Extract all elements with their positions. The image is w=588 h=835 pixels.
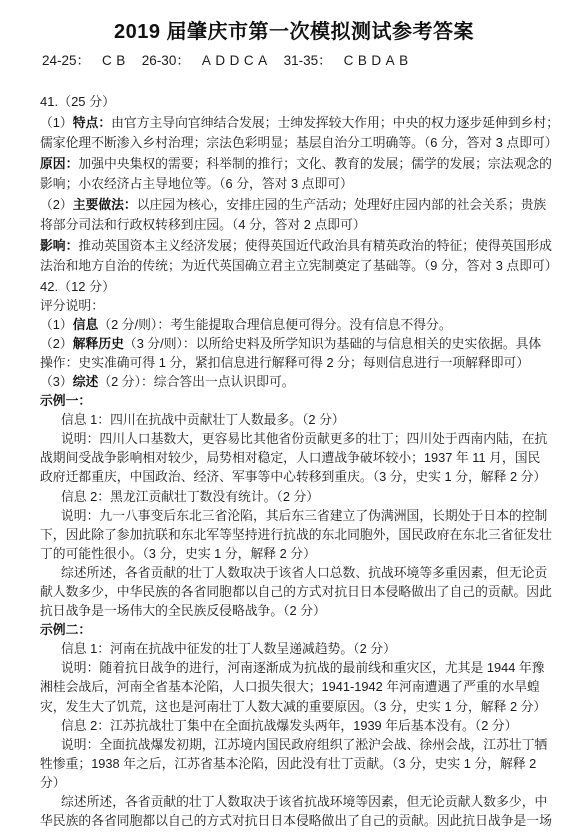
text-segment: 综述	[73, 374, 99, 389]
text-segment: 丁的可能性很小。（3 分，史实 1 分，解释 2 分）	[40, 546, 316, 561]
text-line: 献人数多少，中华民族的各省同胞都以自己的方式对抗日日本侵略做出了自己的贡献。因此	[40, 582, 548, 601]
text-segment: 由官方主导向官绅结合发展；士绅发挥较大作用；中央的权力逐步延伸到乡村；	[111, 115, 559, 130]
answer-group: 26-30：ADDCA	[142, 52, 272, 69]
text-segment: 信息	[73, 317, 99, 332]
text-line: 综述所述，各省贡献的壮丁人数取决于该省人口总数、抗战环境等多重因素，但无论贡	[40, 563, 548, 582]
text-line: 下，因此除了参加抗联和东北军等坚持进行抗战的东北同胞外，国民政府在东北三省征发壮	[40, 525, 548, 544]
text-segment: 政府迁都重庆，中国政治、经济、军事等中心转移到重庆。（3 分，史实 1 分，解释…	[40, 469, 546, 484]
text-segment: 信息 1：四川在抗战中贡献壮丁人数最多。（2 分）	[61, 412, 345, 427]
text-line: （1）特点：由官方主导向官绅结合发展；士绅发挥较大作用；中央的权力逐步延伸到乡村…	[40, 113, 548, 134]
text-line: 评分说明：	[40, 296, 548, 315]
text-segment: 影响；小农经济占主导地位等。（6 分，答对 3 点即可）	[40, 176, 353, 191]
text-line: 将部分司法和行政权转移到庄园。（4 分，答对 2 点即可）	[40, 215, 548, 236]
text-segment: 说明：随着抗日战争的进行，河南逐渐成为抗战的最前线和重灾区，尤其是 1944 年…	[61, 660, 544, 675]
text-line: （1）信息（2 分/则）：考生能提取合理信息便可得分。没有信息不得分。	[40, 315, 548, 334]
text-segment: 献人数多少，中华民族的各省同胞都以自己的方式对抗日日本侵略做出了自己的贡献。因此	[40, 584, 552, 599]
text-segment: 说明：全面抗战爆发初期，江苏境内国民政府组织了淞沪会战、徐州会战，江苏壮丁牺	[61, 737, 547, 752]
text-segment: 特点：	[73, 115, 111, 130]
answer-range: 26-30：	[142, 53, 190, 68]
sections-container: 41.（25 分）（1）特点：由官方主导向官绅结合发展；士绅发挥较大作用；中央的…	[40, 92, 548, 830]
text-line: 丁的可能性很小。（3 分，史实 1 分，解释 2 分）	[40, 544, 548, 563]
text-line: 抗日战争是一场伟大的全民族反侵略战争。（2 分）	[40, 601, 548, 620]
text-line: 儒家伦理不断渗入乡村治理；宗法色彩明显；基层自治分工明确等。（6 分，答对 3 …	[40, 133, 548, 154]
section-heading: 41.（25 分）	[40, 92, 548, 113]
text-segment: 综述所述，各省贡献的壮丁人数取决于该省人口总数、抗战环境等多重因素，但无论贡	[61, 565, 547, 580]
section-q42: 42.（12 分）评分说明：（1）信息（2 分/则）：考生能提取合理信息便可得分…	[40, 277, 548, 831]
text-line: 信息 1：四川在抗战中贡献壮丁人数最多。（2 分）	[40, 410, 548, 429]
text-segment: （1）	[40, 317, 73, 332]
text-segment: 示例一：	[40, 393, 91, 408]
text-segment: 操作：史实准确可得 1 分，紧扣信息进行解释可得 2 分；每则信息进行一项解释即…	[40, 355, 529, 370]
text-segment: 信息 1：河南在抗战中征发的壮丁人数呈递减趋势。（2 分）	[61, 641, 396, 656]
text-segment: 说明：四川人口基数大，更容易比其他省份贡献更多的壮丁；四川处于西南内陆，在抗	[61, 431, 547, 446]
text-line: 说明：全面抗战爆发初期，江苏境内国民政府组织了淞沪会战、徐州会战，江苏壮丁牺	[40, 735, 548, 754]
answer-sheet-page: 2019 届肇庆市第一次模拟测试参考答案 24-25：CB26-30：ADDCA…	[0, 0, 588, 835]
text-segment: 原因：	[40, 156, 78, 171]
text-segment: 儒家伦理不断渗入乡村治理；宗法色彩明显；基层自治分工明确等。（6 分，答对 3 …	[40, 135, 558, 150]
text-segment: 抗日战争是一场伟大的全民族反侵略战争。（2 分）	[40, 603, 326, 618]
text-segment: （1）	[40, 115, 73, 130]
text-segment: 下，因此除了参加抗联和东北军等坚持进行抗战的东北同胞外，国民政府在东北三省征发壮	[40, 527, 552, 542]
text-line: 信息 2：江苏抗战壮丁集中在全面抗战爆发头两年，1939 年后基本没有。（2 分…	[40, 716, 548, 735]
text-segment: 战期间受战争影响相对较少，局势相对稳定，人口遭战争破坏较小；1937 年 11 …	[40, 450, 540, 465]
section-heading: 42.（12 分）	[40, 277, 548, 296]
answer-key-row: 24-25：CB26-30：ADDCA31-35：CBDAB	[42, 52, 548, 69]
answer-range: 24-25：	[42, 53, 90, 68]
text-segment: 解释历史	[73, 336, 124, 351]
text-segment: （2）	[40, 197, 73, 212]
text-line: 原因：加强中央集权的需要；科举制的推行；文化、教育的发展；儒学的发展；宗法观念的	[40, 154, 548, 175]
answer-letters: CBDAB	[344, 53, 413, 68]
text-segment: 将部分司法和行政权转移到庄园。（4 分，答对 2 点即可）	[40, 217, 366, 232]
answer-letters: CB	[102, 53, 130, 68]
text-segment: 主要做法：	[73, 197, 137, 212]
text-line: （3）综述（2 分）：综合答出一点认识即可。	[40, 372, 548, 391]
text-line: 分）	[40, 773, 548, 792]
text-segment: 影响：	[40, 238, 78, 253]
text-line: 示例一：	[40, 391, 548, 410]
text-segment: （3 分/则）：以所给史料及所学知识为基础的与信息相关的史实依据。具体	[124, 336, 541, 351]
text-segment: 推动英国资本主义经济发展；使得英国近代政治具有精英政治的特征；使得英国形成	[78, 238, 551, 253]
text-segment: 牲惨重；1938 年之后，江苏省基本沦陷，因此没有壮丁贡献。（3 分，史实 1 …	[40, 756, 536, 771]
text-segment: 湘桂会战后，河南全省基本沦陷，人口损失很大；1941-1942 年河南遭遇了严重…	[40, 679, 540, 694]
text-line: 操作：史实准确可得 1 分，紧扣信息进行解释可得 2 分；每则信息进行一项解释即…	[40, 353, 548, 372]
text-line: 示例二：	[40, 620, 548, 639]
text-segment: 说明：九一八事变后东北三省沦陷，其后东三省建立了伪满洲国，长期处于日本的控制	[61, 508, 547, 523]
text-line: 信息 2：黑龙江贡献壮丁数没有统计。（2 分）	[40, 487, 548, 506]
text-line: 华民族的各省同胞都以自己的方式对抗日日本侵略做出了自己的贡献。因此抗日战争是一场	[40, 811, 548, 830]
text-line: 战期间受战争影响相对较少，局势相对稳定，人口遭战争破坏较小；1937 年 11 …	[40, 448, 548, 467]
page-title: 2019 届肇庆市第一次模拟测试参考答案	[40, 15, 548, 44]
text-segment: 华民族的各省同胞都以自己的方式对抗日日本侵略做出了自己的贡献。因此抗日战争是一场	[40, 813, 552, 828]
text-segment: 分）	[40, 775, 66, 790]
text-segment: （2 分/则）：考生能提取合理信息便可得分。没有信息不得分。	[98, 317, 451, 332]
text-line: 说明：四川人口基数大，更容易比其他省份贡献更多的壮丁；四川处于西南内陆，在抗	[40, 429, 548, 448]
text-segment: 信息 2：江苏抗战壮丁集中在全面抗战爆发头两年，1939 年后基本没有。（2 分…	[61, 718, 517, 733]
text-segment: 信息 2：黑龙江贡献壮丁数没有统计。（2 分）	[61, 489, 319, 504]
text-segment: （2 分）：综合答出一点认识即可。	[98, 374, 294, 389]
answer-letters: ADDCA	[202, 53, 272, 68]
text-segment: （2）	[40, 336, 73, 351]
answer-range: 31-35：	[284, 53, 332, 68]
text-segment: 以庄园为核心，安排庄园的生产活动；处理好庄园内部的社会关系；贵族	[137, 197, 547, 212]
text-line: 综述所述，各省贡献的壮丁人数取决于该省抗战环境等因素，但无论贡献人数多少，中	[40, 792, 548, 811]
text-line: 政府迁都重庆，中国政治、经济、军事等中心转移到重庆。（3 分，史实 1 分，解释…	[40, 467, 548, 486]
text-line: （2）主要做法：以庄园为核心，安排庄园的生产活动；处理好庄园内部的社会关系；贵族	[40, 195, 548, 216]
text-line: 牲惨重；1938 年之后，江苏省基本沦陷，因此没有壮丁贡献。（3 分，史实 1 …	[40, 754, 548, 773]
text-segment: 评分说明：	[40, 298, 104, 313]
text-segment: 示例二：	[40, 622, 91, 637]
text-segment: 灾，发生大了饥荒，这也是河南壮丁人数大减的重要原因。（3 分，史实 1 分，解释…	[40, 699, 546, 714]
text-line: 灾，发生大了饥荒，这也是河南壮丁人数大减的重要原因。（3 分，史实 1 分，解释…	[40, 697, 548, 716]
text-segment: 法治和地方自治的传统；为近代英国确立君主立宪制奠定了基础等。（9 分，答对 3 …	[40, 258, 558, 273]
text-segment: 加强中央集权的需要；科举制的推行；文化、教育的发展；儒学的发展；宗法观念的	[78, 156, 551, 171]
text-segment: （3）	[40, 374, 73, 389]
text-line: 说明：九一八事变后东北三省沦陷，其后东三省建立了伪满洲国，长期处于日本的控制	[40, 506, 548, 525]
answer-group: 24-25：CB	[42, 52, 130, 69]
text-line: （2）解释历史（3 分/则）：以所给史料及所学知识为基础的与信息相关的史实依据。…	[40, 334, 548, 353]
text-line: 影响：推动英国资本主义经济发展；使得英国近代政治具有精英政治的特征；使得英国形成	[40, 236, 548, 257]
text-line: 湘桂会战后，河南全省基本沦陷，人口损失很大；1941-1942 年河南遭遇了严重…	[40, 677, 548, 696]
section-q41: 41.（25 分）（1）特点：由官方主导向官绅结合发展；士绅发挥较大作用；中央的…	[40, 92, 548, 277]
text-line: 影响；小农经济占主导地位等。（6 分，答对 3 点即可）	[40, 174, 548, 195]
text-line: 信息 1：河南在抗战中征发的壮丁人数呈递减趋势。（2 分）	[40, 639, 548, 658]
text-line: 法治和地方自治的传统；为近代英国确立君主立宪制奠定了基础等。（9 分，答对 3 …	[40, 256, 548, 277]
answer-group: 31-35：CBDAB	[284, 52, 413, 69]
text-line: 说明：随着抗日战争的进行，河南逐渐成为抗战的最前线和重灾区，尤其是 1944 年…	[40, 658, 548, 677]
text-segment: 综述所述，各省贡献的壮丁人数取决于该省抗战环境等因素，但无论贡献人数多少，中	[61, 794, 547, 809]
